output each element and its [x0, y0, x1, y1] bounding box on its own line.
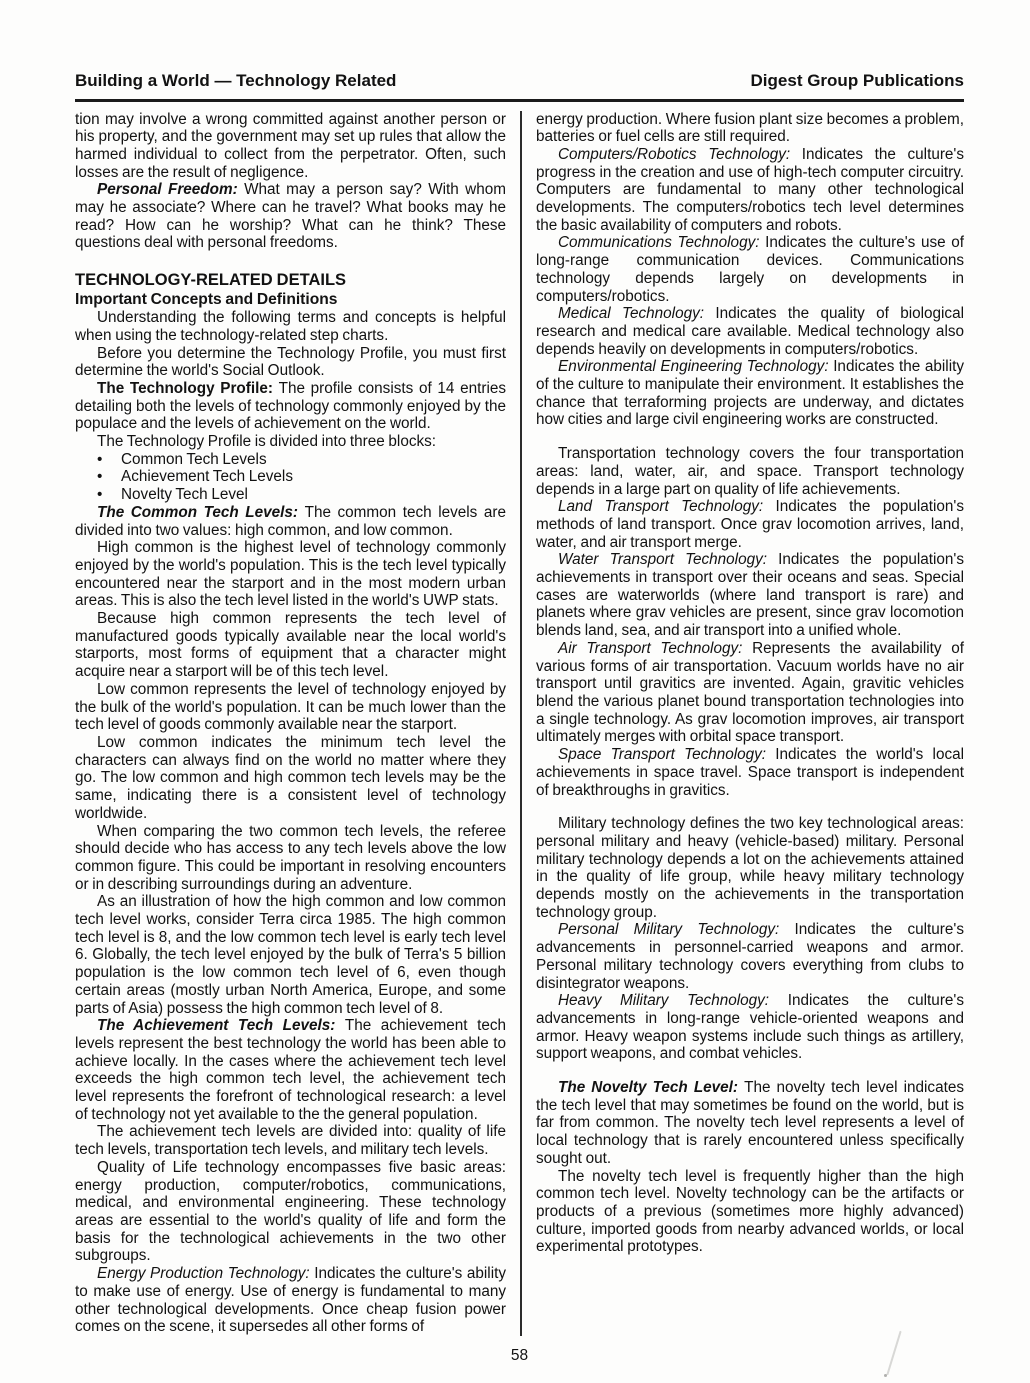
bullet-icon: • — [97, 468, 121, 486]
run-in-heading: Space Transport Technology: — [558, 746, 775, 763]
page-footer: 58 — [75, 1347, 964, 1365]
paragraph: The achievement tech levels are divided … — [75, 1123, 506, 1158]
paragraph: As an illustration of how the high commo… — [75, 893, 506, 1017]
sub-heading: Important Concepts and Definitions — [75, 290, 506, 309]
paragraph: The Achievement Tech Levels: The achieve… — [75, 1017, 506, 1123]
paragraph: The Novelty Tech Level: The novelty tech… — [536, 1079, 964, 1168]
bullet-icon: • — [97, 486, 121, 504]
paragraph: The Technology Profile: The profile cons… — [75, 380, 506, 433]
run-in-heading: Environmental Engineering Technology: — [558, 358, 833, 375]
column-divider-line — [520, 111, 522, 1336]
run-in-heading: Computers/Robotics Technology: — [558, 146, 802, 163]
run-in-heading: The Common Tech Levels: — [97, 504, 305, 521]
header-rule — [75, 99, 964, 102]
run-in-heading: The Novelty Tech Level: — [558, 1079, 744, 1096]
running-head-right-title: Digest Group Publications — [751, 70, 964, 92]
paragraph: The Common Tech Levels: The common tech … — [75, 504, 506, 539]
paragraph: Computers/Robotics Technology: Indicates… — [536, 146, 964, 235]
bullet-item: •Novelty Tech Level — [75, 486, 506, 504]
bullet-icon: • — [97, 451, 121, 469]
right-column: energy production. Where fusion plant si… — [536, 111, 964, 1336]
paragraph: Environmental Engineering Technology: In… — [536, 358, 964, 429]
running-head-left-title: Building a World — Technology Related — [75, 70, 396, 92]
paragraph: Understanding the following terms and co… — [75, 309, 506, 344]
paragraph: The novelty tech level is frequently hig… — [536, 1168, 964, 1257]
paragraph: Personal Military Technology: Indicates … — [536, 921, 964, 992]
bullet-item: •Achievement Tech Levels — [75, 468, 506, 486]
paragraph: Before you determine the Technology Prof… — [75, 345, 506, 380]
paragraph: Transportation technology covers the fou… — [536, 445, 964, 498]
paragraph: Heavy Military Technology: Indicates the… — [536, 992, 964, 1063]
run-in-heading: Personal Freedom: — [97, 181, 244, 198]
run-in-heading: Energy Production Technology: — [97, 1265, 314, 1282]
paragraph: Military technology defines the two key … — [536, 815, 964, 921]
paragraph: Medical Technology: Indicates the qualit… — [536, 305, 964, 358]
page-number: 58 — [511, 1347, 528, 1364]
paragraph: energy production. Where fusion plant si… — [536, 111, 964, 146]
paragraph: Water Transport Technology: Indicates th… — [536, 551, 964, 640]
paragraph: Communications Technology: Indicates the… — [536, 234, 964, 305]
paragraph: Land Transport Technology: Indicates the… — [536, 498, 964, 551]
paragraph: Energy Production Technology: Indicates … — [75, 1265, 506, 1336]
run-in-heading: The Achievement Tech Levels: — [97, 1017, 345, 1034]
paragraph: Low common represents the level of techn… — [75, 681, 506, 734]
bullet-text: Achievement Tech Levels — [121, 468, 293, 486]
section-heading: TECHNOLOGY-RELATED DETAILS — [75, 271, 506, 290]
paragraph: The Technology Profile is divided into t… — [75, 433, 506, 451]
run-in-heading: Personal Military Technology: — [558, 921, 795, 938]
left-column: tion may involve a wrong committed again… — [75, 111, 506, 1336]
bullet-item: •Common Tech Levels — [75, 451, 506, 469]
paragraph: Because high common represents the tech … — [75, 610, 506, 681]
paragraph: Space Transport Technology: Indicates th… — [536, 746, 964, 799]
run-in-heading: Heavy Military Technology: — [558, 992, 788, 1009]
paragraph: Quality of Life technology encompasses f… — [75, 1159, 506, 1265]
scan-artifact-dot — [884, 1374, 887, 1377]
run-in-heading: Land Transport Technology: — [558, 498, 776, 515]
run-in-heading: Communications Technology: — [558, 234, 765, 251]
bullet-text: Common Tech Levels — [121, 451, 267, 469]
paragraph: When comparing the two common tech level… — [75, 823, 506, 894]
paragraph: High common is the highest level of tech… — [75, 539, 506, 610]
paragraph: Air Transport Technology: Represents the… — [536, 640, 964, 746]
bullet-text: Novelty Tech Level — [121, 486, 248, 504]
running-head: Building a World — Technology Related Di… — [75, 70, 964, 92]
paragraph: tion may involve a wrong committed again… — [75, 111, 506, 182]
paragraph: Low common indicates the minimum tech le… — [75, 734, 506, 823]
run-in-heading: Air Transport Technology: — [558, 640, 752, 657]
paragraph: Personal Freedom: What may a person say?… — [75, 181, 506, 252]
run-in-heading: The Technology Profile: — [97, 380, 279, 397]
two-column-body: tion may involve a wrong committed again… — [75, 111, 964, 1336]
document-page: Building a World — Technology Related Di… — [0, 0, 1030, 1383]
run-in-heading: Medical Technology: — [558, 305, 715, 322]
run-in-heading: Water Transport Technology: — [558, 551, 778, 568]
